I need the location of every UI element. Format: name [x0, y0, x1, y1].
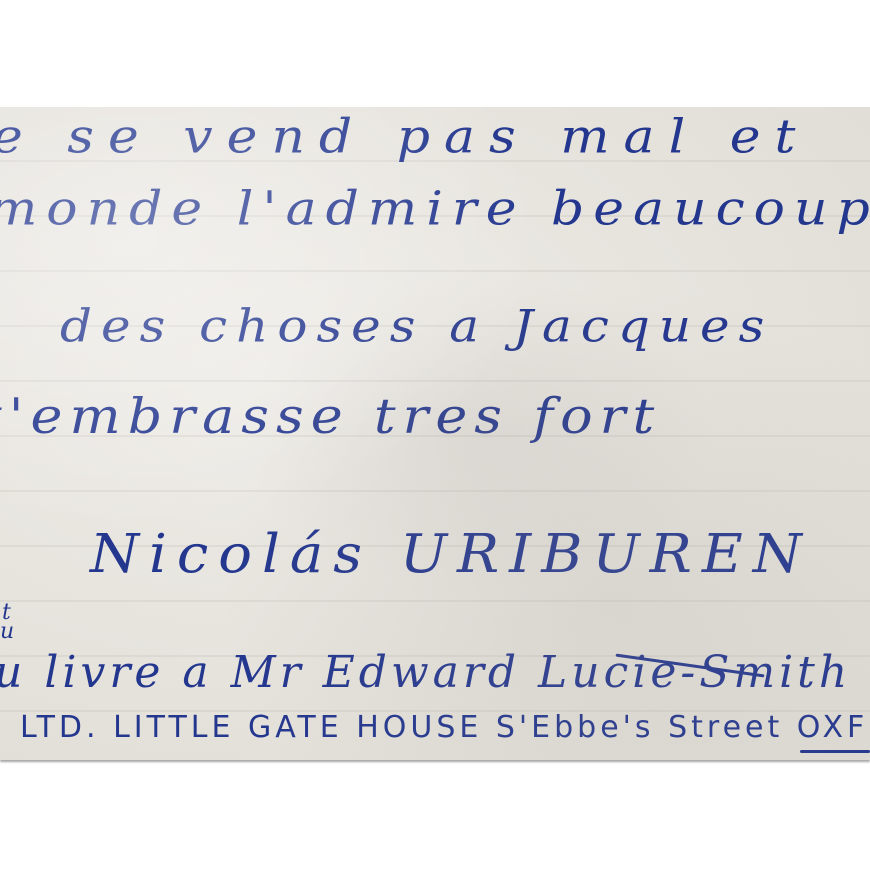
postscript-line-1: u livre a Mr Edward Lucie-Smith	[0, 647, 851, 698]
letter-line-1: e se vend pas mal et	[0, 110, 809, 164]
postscript-line-2-address: LTD. LITTLE GATE HOUSE S'Ebbe's Street O…	[20, 710, 868, 745]
letter-paper: e se vend pas mal et monde l'admire beau…	[0, 107, 870, 760]
margin-mark-2: u	[0, 619, 14, 644]
underline-mark	[800, 750, 870, 753]
letter-line-2: monde l'admire beaucoup	[0, 182, 870, 236]
signature: Nicolás URIBUREN	[90, 524, 812, 586]
letter-line-3: des choses a Jacques	[60, 300, 773, 352]
letter-line-4: t'embrasse tres fort	[0, 388, 661, 445]
